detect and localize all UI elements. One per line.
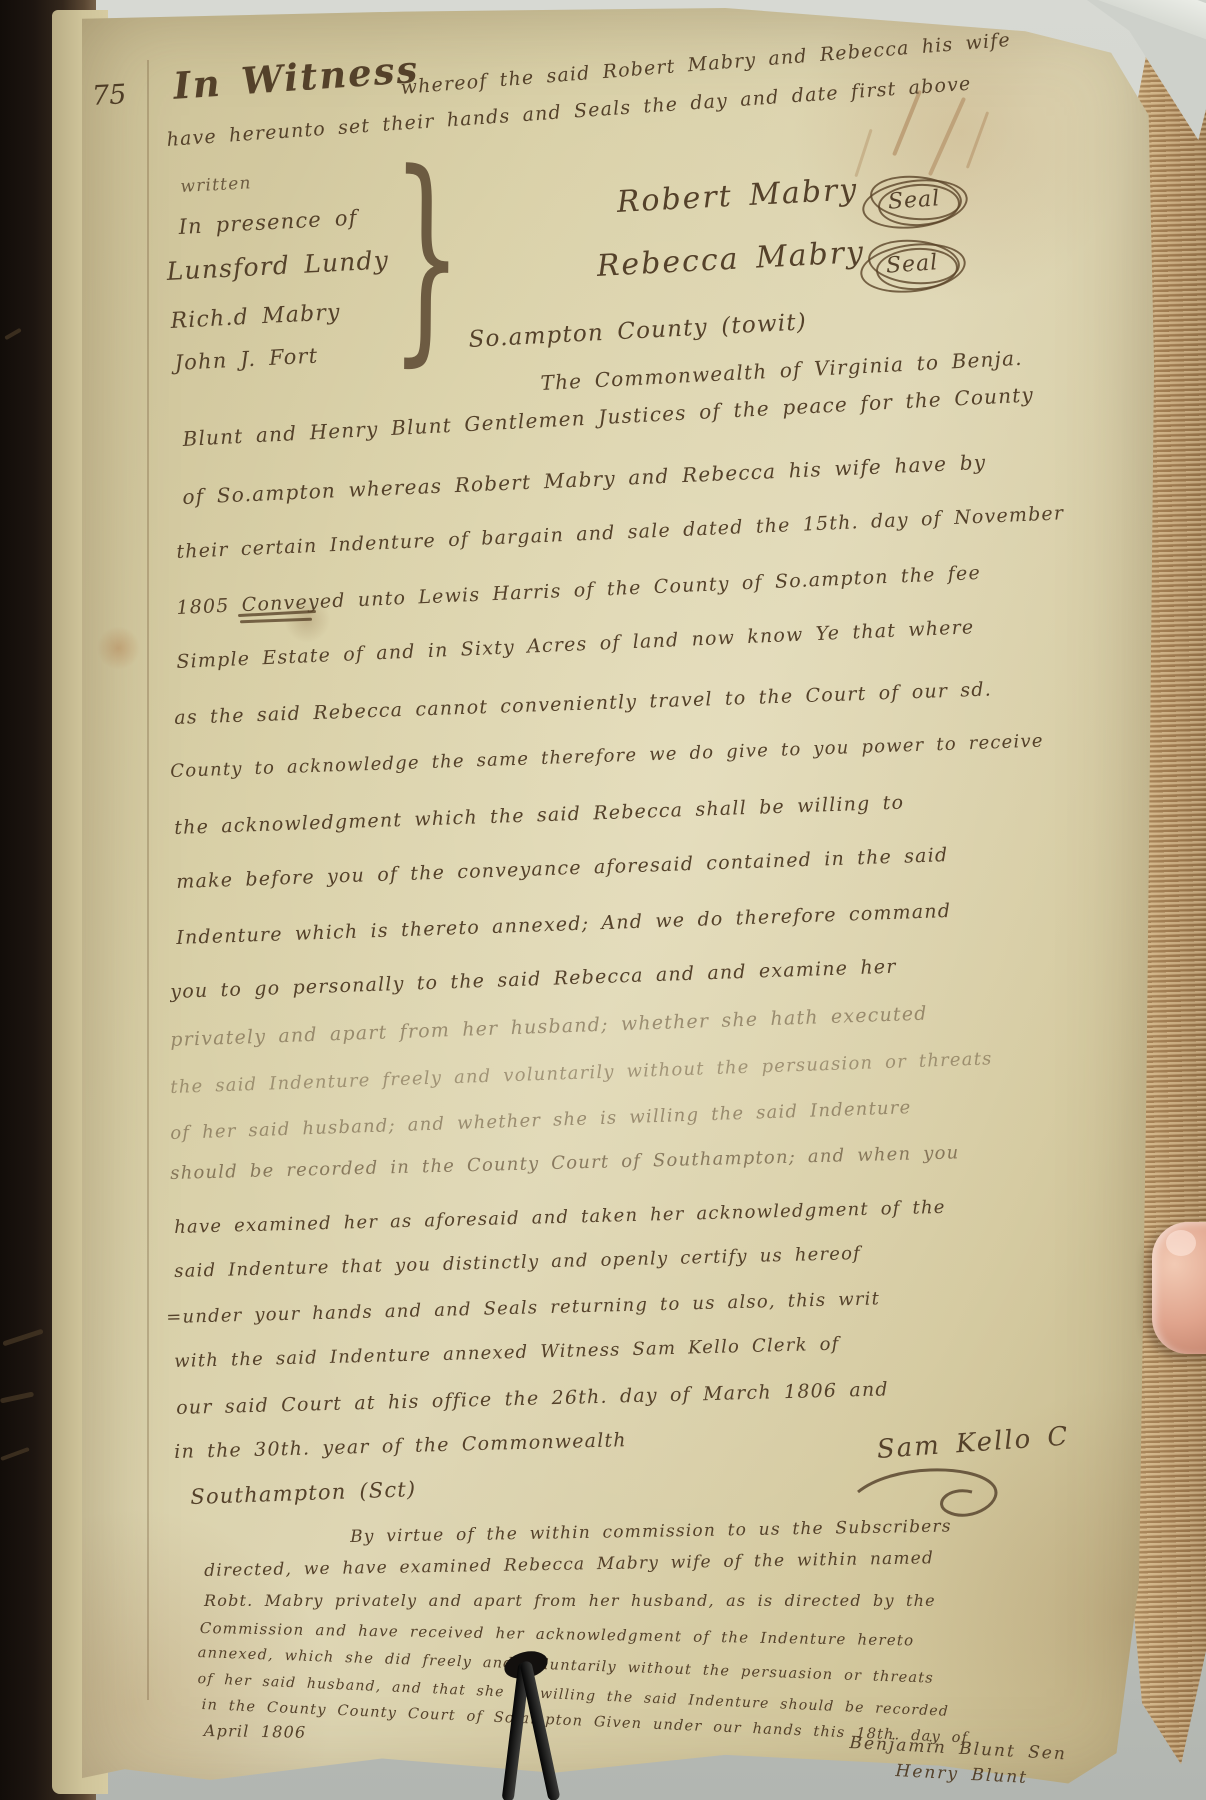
manuscript-photo: 75 } In Witnesswhereof the said Robert M…: [0, 0, 1206, 1800]
margin-rule-line: [147, 60, 149, 1700]
manuscript-line: April 1806: [204, 1722, 307, 1741]
page-number: 75: [91, 79, 127, 112]
seal-scrawl: Seal: [862, 176, 972, 232]
manuscript-line: written: [180, 174, 252, 196]
stand-prong: [519, 1660, 560, 1800]
page-holder-stand: [488, 1652, 588, 1800]
fingertip-highlight: [1166, 1230, 1196, 1256]
seal-label: Seal: [887, 186, 941, 215]
fingertip: [1152, 1222, 1206, 1354]
seal-label: Seal: [885, 250, 939, 279]
witness-brace: }: [390, 152, 463, 361]
signature-flourish: [852, 1462, 1012, 1532]
manuscript-line: Robt. Mabry privately and apart from her…: [204, 1592, 936, 1610]
seal-scrawl: Seal: [860, 240, 970, 296]
